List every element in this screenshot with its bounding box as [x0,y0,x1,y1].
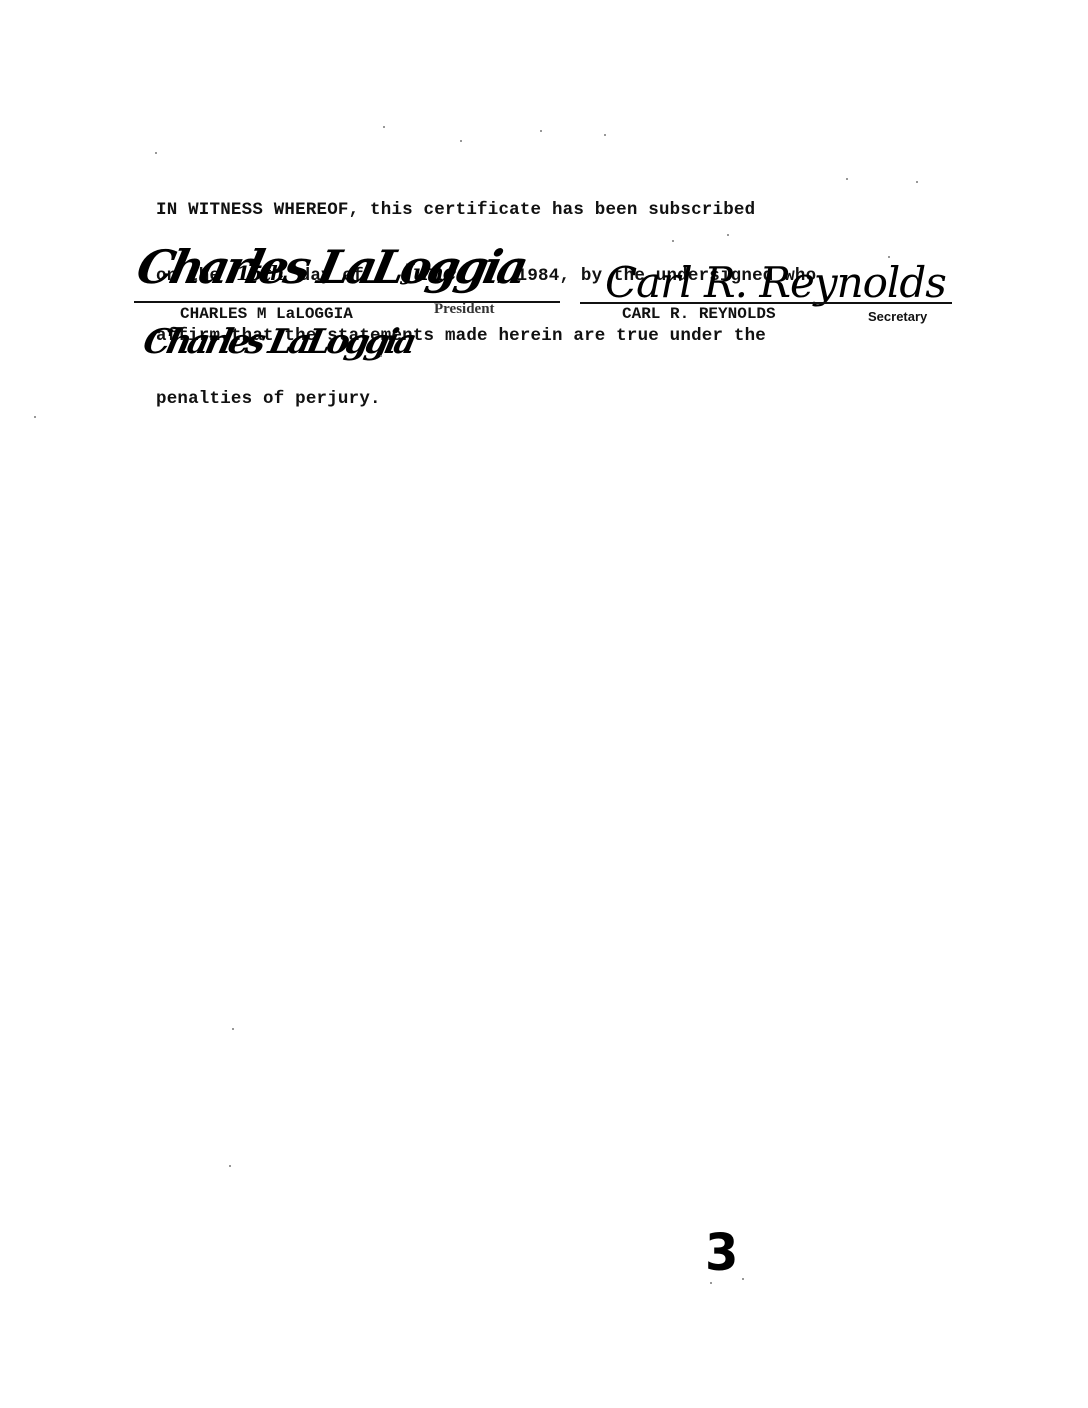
document-page: IN WITNESS WHEREOF, this certificate has… [0,0,1088,1408]
scan-speck [155,152,157,154]
scan-speck [888,256,890,258]
president-signature-secondary: Charles LaLoggia [140,322,417,362]
scan-speck [232,1028,234,1030]
scan-speck [846,178,848,180]
scan-speck [727,234,729,236]
scan-speck [380,355,382,357]
scan-speck [383,126,385,128]
president-signature: Charles LaLoggia [132,240,529,294]
secretary-signature: Carl R. Reynolds [605,258,946,307]
scan-speck [460,140,462,142]
scan-speck [916,181,918,183]
secretary-printed-name: CARL R. REYNOLDS [622,305,776,323]
paragraph-line-1: IN WITNESS WHEREOF, this certificate has… [156,200,876,221]
scan-speck [540,130,542,132]
scan-speck [742,1278,744,1280]
president-signature-line [134,301,560,303]
scan-speck [34,416,36,418]
president-printed-name: CHARLES M LaLOGGIA [180,305,353,323]
paragraph-line-4: penalties of perjury. [156,389,876,410]
scan-speck [229,1165,231,1167]
scan-speck [710,1282,712,1284]
president-title: President [434,301,495,318]
secretary-signature-line [580,302,952,304]
secretary-title: Secretary [868,309,927,324]
scan-speck [604,134,606,136]
page-number: 3 [705,1224,738,1283]
scan-speck [672,240,674,242]
